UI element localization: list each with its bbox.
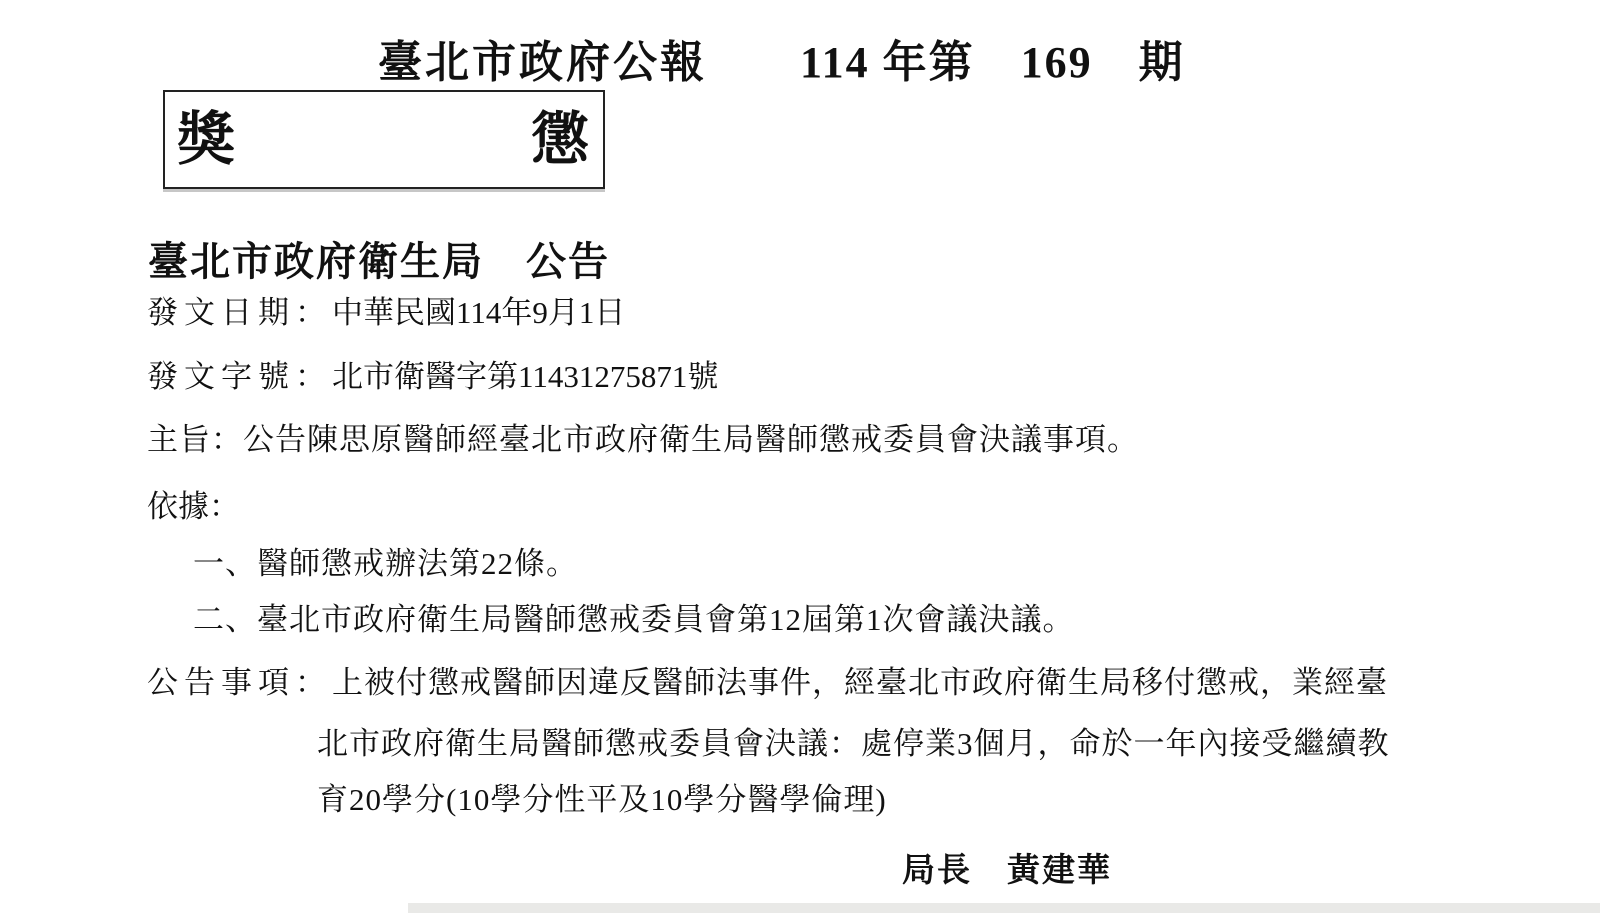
field-issue-date-label: 發文日期： (147, 295, 332, 330)
gazette-issue-info: 114 年第 169 期 (800, 26, 1185, 90)
basis-item: 二、臺北市政府衛生局醫師懲戒委員會第12屆第1次會議決議。 (193, 600, 1075, 640)
category-char-reward: 獎 (177, 111, 235, 169)
announcement-line: 育20學分(10學分性平及10學分醫學倫理) (317, 780, 887, 820)
subject-line: 主旨：公告陳思原醫師經臺北市政府衛生局醫師懲戒委員會決議事項。 (147, 420, 1139, 460)
signature-director: 局長 黃建華 (902, 844, 1112, 891)
announcement-label: 公告事項： (147, 665, 332, 700)
category-box: 獎 懲 (163, 90, 605, 189)
agency-heading: 臺北市政府衛生局 公告 (148, 230, 610, 287)
basis-item: 一、醫師懲戒辦法第22條。 (193, 544, 578, 584)
field-doc-number: 發文字號：北市衛醫字第11431275871號 (147, 357, 718, 397)
field-issue-date-value: 中華民國114年9月1日 (332, 295, 625, 330)
field-doc-number-value: 北市衛醫字第11431275871號 (332, 359, 718, 394)
field-doc-number-label: 發文字號： (147, 359, 332, 394)
announcement-text: 上被付懲戒醫師因違反醫師法事件，經臺北市政府衛生局移付懲戒，業經臺 (332, 665, 1388, 700)
announcement-line: 北市政府衛生局醫師懲戒委員會決議：處停業3個月，命於一年內接受繼續教 (317, 724, 1390, 764)
subject-label: 主旨： (147, 422, 243, 457)
announcement-line: 公告事項：上被付懲戒醫師因違反醫師法事件，經臺北市政府衛生局移付懲戒，業經臺 (147, 663, 1388, 703)
subject-text: 公告陳思原醫師經臺北市政府衛生局醫師懲戒委員會決議事項。 (243, 422, 1139, 457)
category-char-punishment: 懲 (531, 111, 589, 169)
basis-label: 依據： (147, 487, 240, 527)
gazette-page: 臺北市政府公報 114 年第 169 期 獎 懲 臺北市政府衛生局 公告 發文日… (0, 0, 1600, 913)
gazette-title: 臺北市政府公報 (378, 26, 707, 90)
bottom-scan-artifact (408, 903, 1600, 913)
field-issue-date: 發文日期：中華民國114年9月1日 (147, 293, 625, 333)
